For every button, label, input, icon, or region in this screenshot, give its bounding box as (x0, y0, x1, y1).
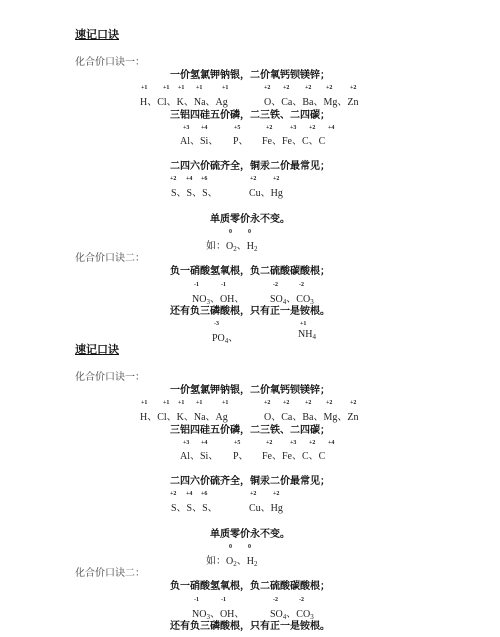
valence: +6 (201, 491, 207, 497)
rhyme-2-line-2: 还有负三磷酸根，只有正一是铵根。 (170, 617, 330, 632)
rhyme-2-line-1: 负一硝酸氢氧根，负二硫酸碳酸根； (170, 262, 330, 277)
valence: 0 (229, 229, 232, 235)
valence: 0 (229, 544, 232, 550)
valence: +4 (328, 440, 334, 446)
mnemonic-section-1: 速记口诀 化合价口诀一： 一价氢氯钾钠银，二价氧钙钡镁锌； +1 +1 +1 +… (0, 0, 500, 320)
elements-al-si: Al、Si、 (180, 132, 218, 147)
formula-symbol: H (247, 241, 254, 252)
zero-valence-example: 如：O2、H2 (206, 237, 257, 253)
valence: +2 (250, 176, 256, 182)
valence: +2 (266, 125, 272, 131)
valence: -1 (194, 597, 199, 603)
example-prefix: 如： (206, 241, 226, 252)
valence: +4 (328, 125, 334, 131)
separator: 、 (237, 241, 247, 252)
valence: 0 (248, 544, 251, 550)
valence: -2 (273, 282, 278, 288)
valence: +2 (305, 400, 311, 406)
valence: +3 (290, 440, 296, 446)
valence: +1 (163, 400, 169, 406)
rhyme-1-line-3: 二四六价硫齐全，铜汞二价最常见； (170, 472, 330, 487)
elements-sulfur: S、S、S、 (171, 184, 218, 199)
mnemonic-section-2: 速记口诀 化合价口诀一： 一价氢氯钾钠银，二价氧钙钡镁锌； +1 +1 +1 +… (0, 315, 500, 635)
valence: +2 (305, 85, 311, 91)
valence: +2 (309, 440, 315, 446)
valence: +4 (201, 440, 207, 446)
zero-valence-example: 如：O2、H2 (206, 552, 257, 568)
valence: +2 (283, 400, 289, 406)
valence: +2 (326, 400, 332, 406)
valence: +1 (178, 85, 184, 91)
elements-fe-c: Fe、Fe、C、C (262, 447, 325, 462)
valence: 0 (248, 229, 251, 235)
valence: +3 (183, 440, 189, 446)
valence: +5 (234, 125, 240, 131)
valence: -2 (299, 597, 304, 603)
valence: +2 (273, 176, 279, 182)
valence: +5 (234, 440, 240, 446)
valence: -2 (299, 282, 304, 288)
element-p: P、 (233, 132, 249, 147)
valence: +2 (350, 85, 356, 91)
rhyme-1-line-2: 三铝四硅五价磷，二三铁、二四碳； (170, 106, 330, 121)
section-heading: 速记口诀 (75, 341, 119, 357)
rhyme-1-label: 化合价口诀一： (75, 368, 145, 383)
valence: +1 (222, 400, 228, 406)
rhyme-1-line-3: 二四六价硫齐全，铜汞二价最常见； (170, 157, 330, 172)
rhyme-1-line-4: 单质零价永不变。 (210, 210, 290, 225)
valence: -2 (273, 597, 278, 603)
rhyme-1-line-1: 一价氢氯钾钠银，二价氧钙钡镁锌； (170, 381, 330, 396)
formula-subscript: 2 (254, 560, 258, 568)
valence: +1 (222, 85, 228, 91)
valence: +6 (201, 176, 207, 182)
elements-al-si: Al、Si、 (180, 447, 218, 462)
elements-fe-c: Fe、Fe、C、C (262, 132, 325, 147)
valence: +1 (141, 400, 147, 406)
elements-cu-hg: Cu、Hg (249, 184, 283, 199)
valence: +2 (350, 400, 356, 406)
elements-sulfur: S、S、S、 (171, 499, 218, 514)
valence: +2 (283, 85, 289, 91)
valence: +4 (186, 491, 192, 497)
rhyme-1-label: 化合价口诀一： (75, 53, 145, 68)
rhyme-1-line-1: 一价氢氯钾钠银，二价氧钙钡镁锌； (170, 66, 330, 81)
valence: +2 (273, 491, 279, 497)
valence: -1 (221, 597, 226, 603)
section-heading: 速记口诀 (75, 26, 119, 42)
rhyme-2-line-1: 负一硝酸氢氧根，负二硫酸碳酸根； (170, 577, 330, 592)
valence: +4 (186, 176, 192, 182)
elements-cu-hg: Cu、Hg (249, 499, 283, 514)
rhyme-2-label: 化合价口诀二： (75, 249, 145, 264)
valence: +2 (264, 85, 270, 91)
valence: +1 (163, 85, 169, 91)
valence: +2 (170, 491, 176, 497)
rhyme-1-line-4: 单质零价永不变。 (210, 525, 290, 540)
valence: +3 (290, 125, 296, 131)
rhyme-1-line-2: 三铝四硅五价磷，二三铁、二四碳； (170, 421, 330, 436)
valence: +2 (170, 176, 176, 182)
valence: +4 (201, 125, 207, 131)
element-p: P、 (233, 447, 249, 462)
formula-subscript: 2 (254, 245, 258, 253)
document-page: 速记口诀 化合价口诀一： 一价氢氯钾钠银，二价氧钙钡镁锌； +1 +1 +1 +… (0, 0, 500, 637)
valence: +3 (183, 125, 189, 131)
valence: +1 (141, 85, 147, 91)
example-prefix: 如： (206, 556, 226, 567)
separator: 、 (237, 556, 247, 567)
valence: +1 (196, 400, 202, 406)
rhyme-2-label: 化合价口诀二： (75, 564, 145, 579)
formula-symbol: H (247, 556, 254, 567)
valence: +2 (309, 125, 315, 131)
valence: +2 (266, 440, 272, 446)
valence: -1 (194, 282, 199, 288)
valence: +2 (250, 491, 256, 497)
valence: +1 (178, 400, 184, 406)
valence: +2 (326, 85, 332, 91)
valence: -1 (221, 282, 226, 288)
valence: +2 (264, 400, 270, 406)
valence: +1 (196, 85, 202, 91)
